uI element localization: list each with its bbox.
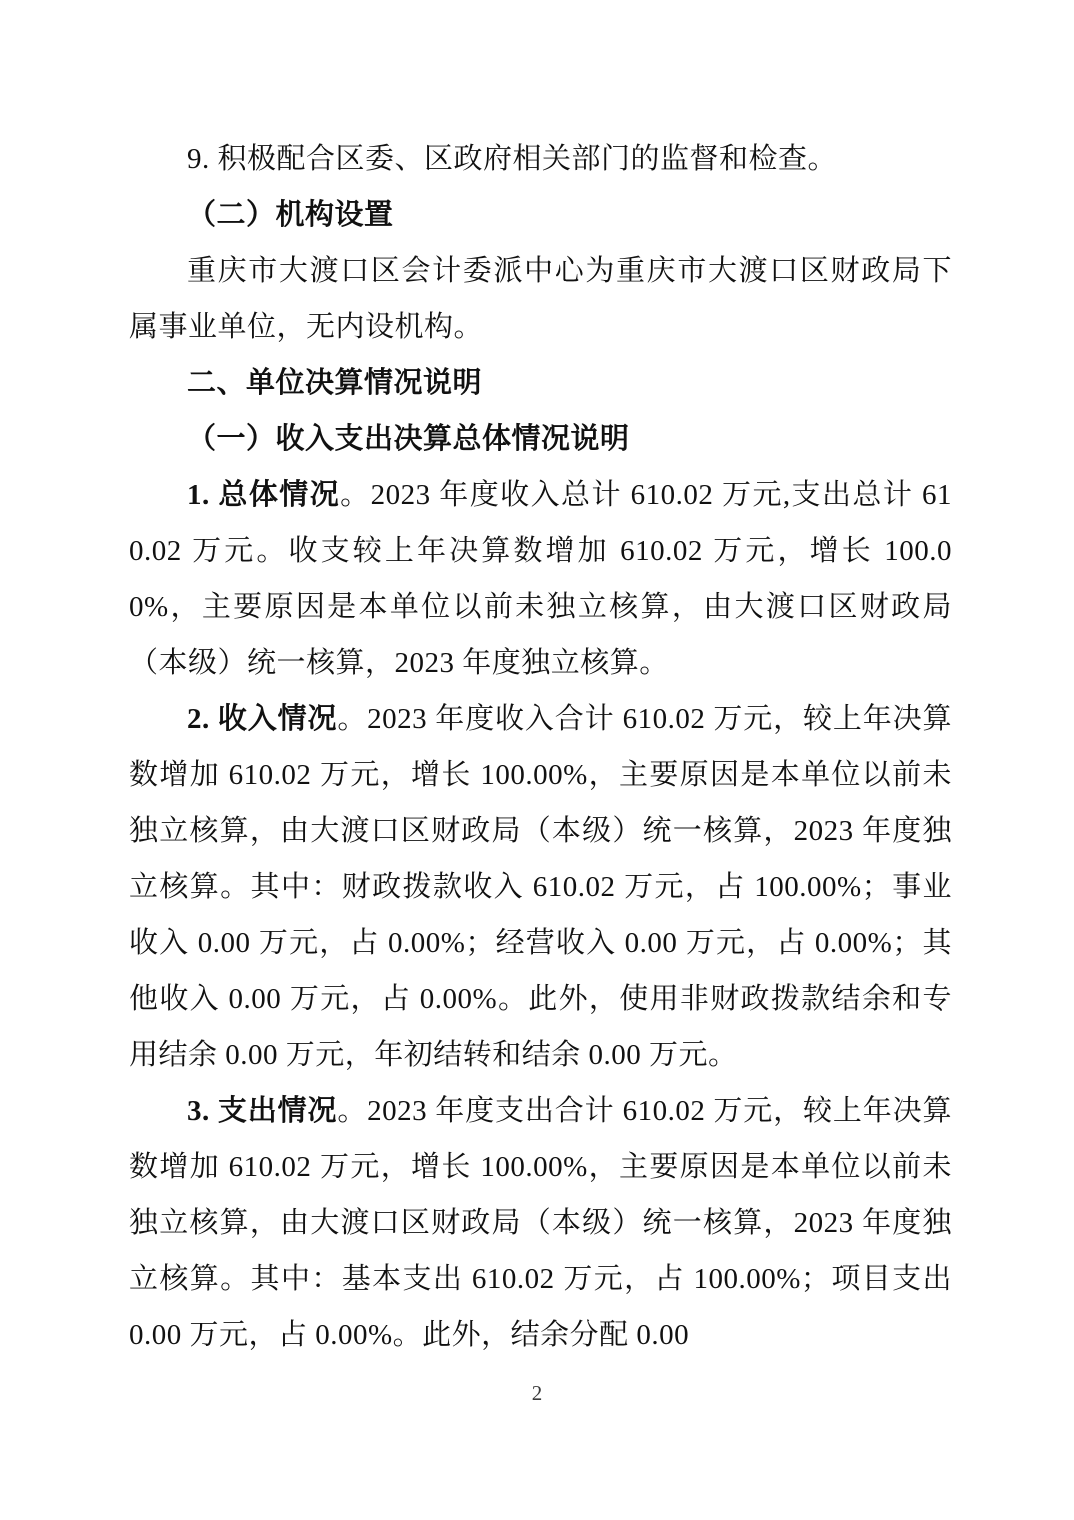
heading-final-accounts-explanation: 二、单位决算情况说明 [129, 355, 952, 411]
paragraph-organization: 重庆市大渡口区会计委派中心为重庆市大渡口区财政局下属事业单位，无内设机构。 [129, 243, 952, 355]
document-page: 9. 积极配合区委、区政府相关部门的监督和检查。 （二）机构设置 重庆市大渡口区… [0, 0, 1074, 1520]
document-body: 9. 积极配合区委、区政府相关部门的监督和检查。 （二）机构设置 重庆市大渡口区… [129, 131, 952, 1363]
paragraph-item-9: 9. 积极配合区委、区政府相关部门的监督和检查。 [129, 131, 952, 187]
paragraph-lead-income: 2. 收入情况 [187, 703, 337, 735]
paragraph-income-situation: 2. 收入情况。2023 年度收入合计 610.02 万元，较上年决算数增加 6… [129, 691, 952, 1083]
paragraph-expenditure-situation: 3. 支出情况。2023 年度支出合计 610.02 万元，较上年决算数增加 6… [129, 1083, 952, 1363]
paragraph-text-expenditure: 。2023 年度支出合计 610.02 万元，较上年决算数增加 610.02 万… [129, 1095, 952, 1351]
paragraph-overall-situation: 1. 总体情况。2023 年度收入总计 610.02 万元,支出总计 610.0… [129, 467, 952, 691]
page-number: 2 [0, 1378, 1074, 1408]
paragraph-text-income: 。2023 年度收入合计 610.02 万元，较上年决算数增加 610.02 万… [129, 703, 952, 1071]
heading-organization-setup: （二）机构设置 [129, 187, 952, 243]
heading-income-expenditure-overview: （一）收入支出决算总体情况说明 [129, 411, 952, 467]
paragraph-lead-expenditure: 3. 支出情况 [187, 1095, 337, 1127]
paragraph-lead-overall: 1. 总体情况 [187, 479, 340, 511]
